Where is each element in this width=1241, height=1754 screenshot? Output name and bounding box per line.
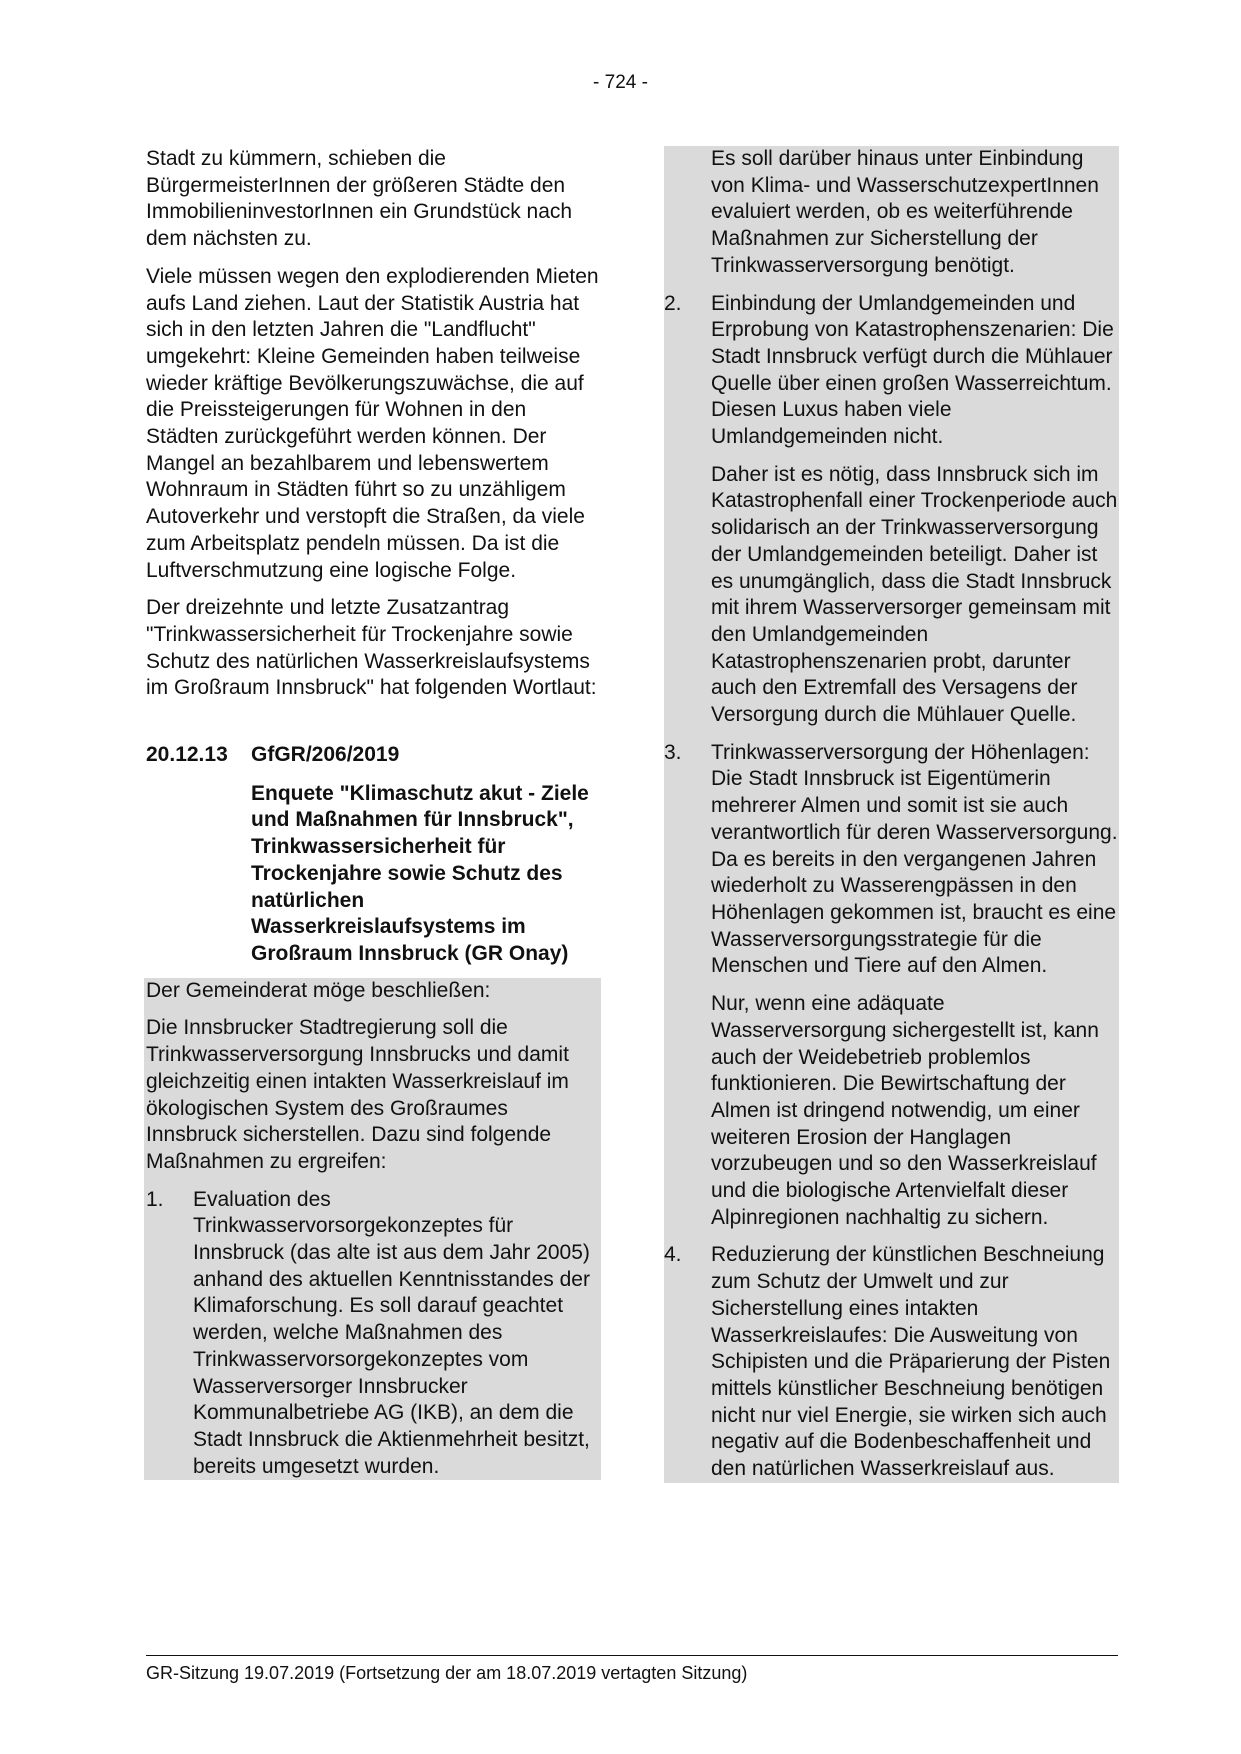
right-column: Es soll darüber hinaus unter Einbindung … bbox=[664, 146, 1119, 1483]
motion-intro: Der Gemeinderat möge beschließen: bbox=[146, 978, 601, 1005]
paragraph: Stadt zu kümmern, schieben die Bürgermei… bbox=[146, 146, 601, 253]
item-paragraph: Daher ist es nötig, dass Innsbruck sich … bbox=[664, 462, 1119, 729]
list-item: 3. Trinkwasserversorgung der Höhenlagen:… bbox=[664, 740, 1119, 980]
section-number: 20.12.13 bbox=[146, 742, 251, 769]
item-text: Einbindung der Umlandgemeinden und Erpro… bbox=[711, 291, 1119, 451]
list-item: 2. Einbindung der Umlandgemeinden und Er… bbox=[664, 291, 1119, 451]
item-number: 4. bbox=[664, 1242, 711, 1482]
page-number: - 724 - bbox=[0, 72, 1241, 94]
section-title: Enquete "Klimaschutz akut - Ziele und Ma… bbox=[251, 781, 601, 968]
item-number: 1. bbox=[146, 1187, 193, 1481]
footer: GR-Sitzung 19.07.2019 (Fortsetzung der a… bbox=[146, 1663, 747, 1684]
footer-divider bbox=[146, 1655, 1118, 1656]
item-number: 3. bbox=[664, 740, 711, 980]
paragraph: Viele müssen wegen den explodierenden Mi… bbox=[146, 264, 601, 584]
motion-block: Der Gemeinderat möge beschließen: Die In… bbox=[144, 978, 601, 1481]
list-item: 4. Reduzierung der künstlichen Beschneiu… bbox=[664, 1242, 1119, 1482]
item-paragraph: Nur, wenn eine adäquate Wasserversorgung… bbox=[664, 991, 1119, 1231]
motion-text: Die Innsbrucker Stadtregierung soll die … bbox=[146, 1015, 601, 1175]
item-text: Trinkwasserversorgung der Höhenlagen: Di… bbox=[711, 740, 1119, 980]
left-column: Stadt zu kümmern, schieben die Bürgermei… bbox=[146, 146, 601, 1480]
item-text: Evaluation des Trinkwasservorsorgekonzep… bbox=[193, 1187, 601, 1481]
item-continuation: Es soll darüber hinaus unter Einbindung … bbox=[664, 146, 1119, 280]
section-heading: 20.12.13 GfGR/206/2019 bbox=[146, 742, 601, 769]
list-item: 1. Evaluation des Trinkwasservorsorgekon… bbox=[146, 1187, 601, 1481]
paragraph: Der dreizehnte und letzte Zusatzantrag "… bbox=[146, 595, 601, 702]
section-reference: GfGR/206/2019 bbox=[251, 742, 399, 769]
item-text: Reduzierung der künstlichen Beschneiung … bbox=[711, 1242, 1119, 1482]
item-number: 2. bbox=[664, 291, 711, 451]
